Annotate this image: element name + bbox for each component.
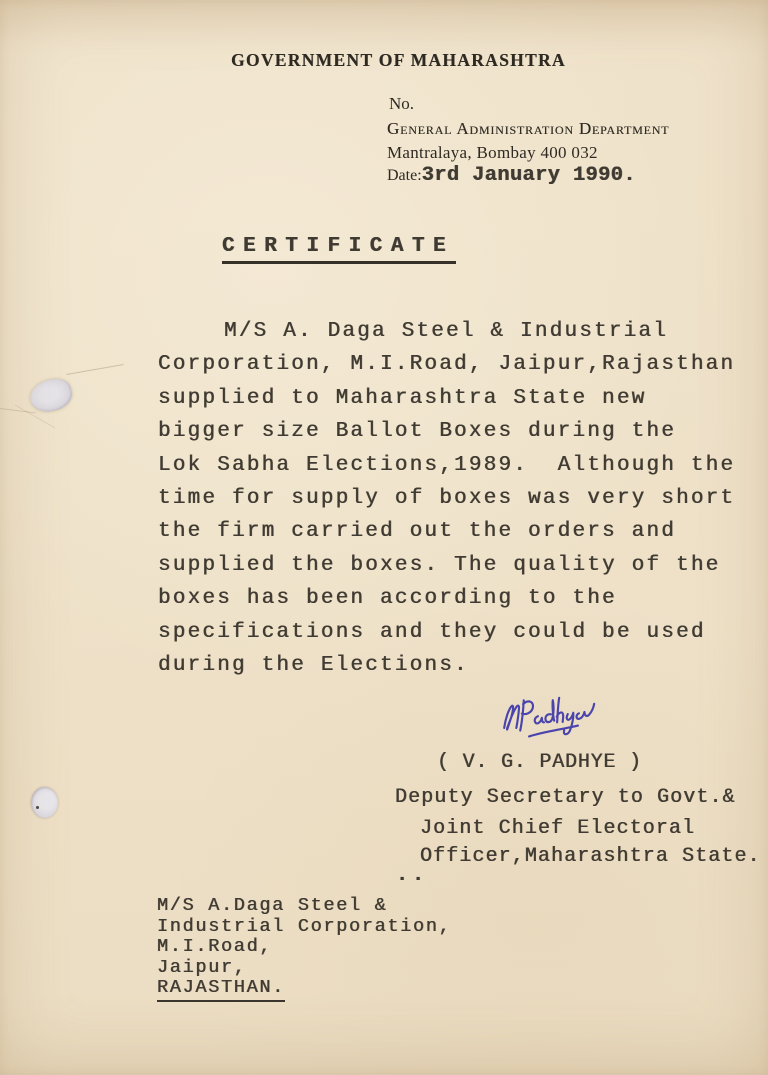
ink-speck (36, 806, 39, 809)
addressee-block: M/S A.Daga Steel & Industrial Corporatio… (157, 896, 451, 999)
government-title: GOVERNMENT OF MAHARASHTRA (231, 50, 566, 71)
typed-dots: .. (396, 864, 428, 887)
body-line: time for supply of boxes was very short (158, 482, 758, 515)
date-label: Date: (387, 167, 422, 185)
addressee-state: RAJASTHAN. (157, 978, 285, 1002)
body-line: specifications and they could be used (158, 616, 758, 649)
body-line: M/S A. Daga Steel & Industrial (158, 315, 758, 348)
body-line: bigger size Ballot Boxes during the (158, 415, 758, 448)
addressee-line: M.I.Road, (157, 937, 451, 958)
document-title: CERTIFICATE (222, 235, 456, 264)
reference-number-label: No. (389, 94, 414, 114)
department-name: General Administration Department (387, 119, 669, 139)
addressee-line: Industrial Corporation, (157, 917, 451, 938)
signatory-name: ( V. G. PADHYE ) (437, 751, 642, 774)
body-line: the firm carried out the orders and (158, 515, 758, 548)
signatory-designation-line: Deputy Secretary to Govt.& (395, 786, 736, 809)
office-address: Mantralaya, Bombay 400 032 (387, 143, 598, 163)
body-line: during the Elections. (158, 649, 758, 682)
certificate-document-scan: GOVERNMENT OF MAHARASHTRA No. General Ad… (0, 0, 768, 1075)
addressee-line: M/S A.Daga Steel & (157, 896, 451, 917)
body-line: supplied to Maharashtra State new (158, 382, 758, 415)
paper-tear-hole (27, 375, 75, 415)
body-line: Lok Sabha Elections,1989. Although the (158, 449, 758, 482)
signatory-designation-line: Officer,Maharashtra State. (420, 845, 761, 868)
body-paragraph: M/S A. Daga Steel & Industrial Corporati… (158, 315, 758, 682)
handwritten-signature (495, 687, 610, 747)
body-line: boxes has been according to the (158, 582, 758, 615)
body-line: Corporation, M.I.Road, Jaipur,Rajasthan (158, 348, 758, 381)
paper-punch-hole (31, 787, 58, 818)
date-value: 3rd January 1990. (422, 164, 636, 187)
date-line: Date: 3rd January 1990. (387, 164, 636, 187)
paper-crease (66, 364, 123, 375)
addressee-state-line: RAJASTHAN. (157, 978, 451, 999)
addressee-line: Jaipur, (157, 958, 451, 979)
body-line: supplied the boxes. The quality of the (158, 549, 758, 582)
signatory-designation-line: Joint Chief Electoral (420, 817, 695, 840)
